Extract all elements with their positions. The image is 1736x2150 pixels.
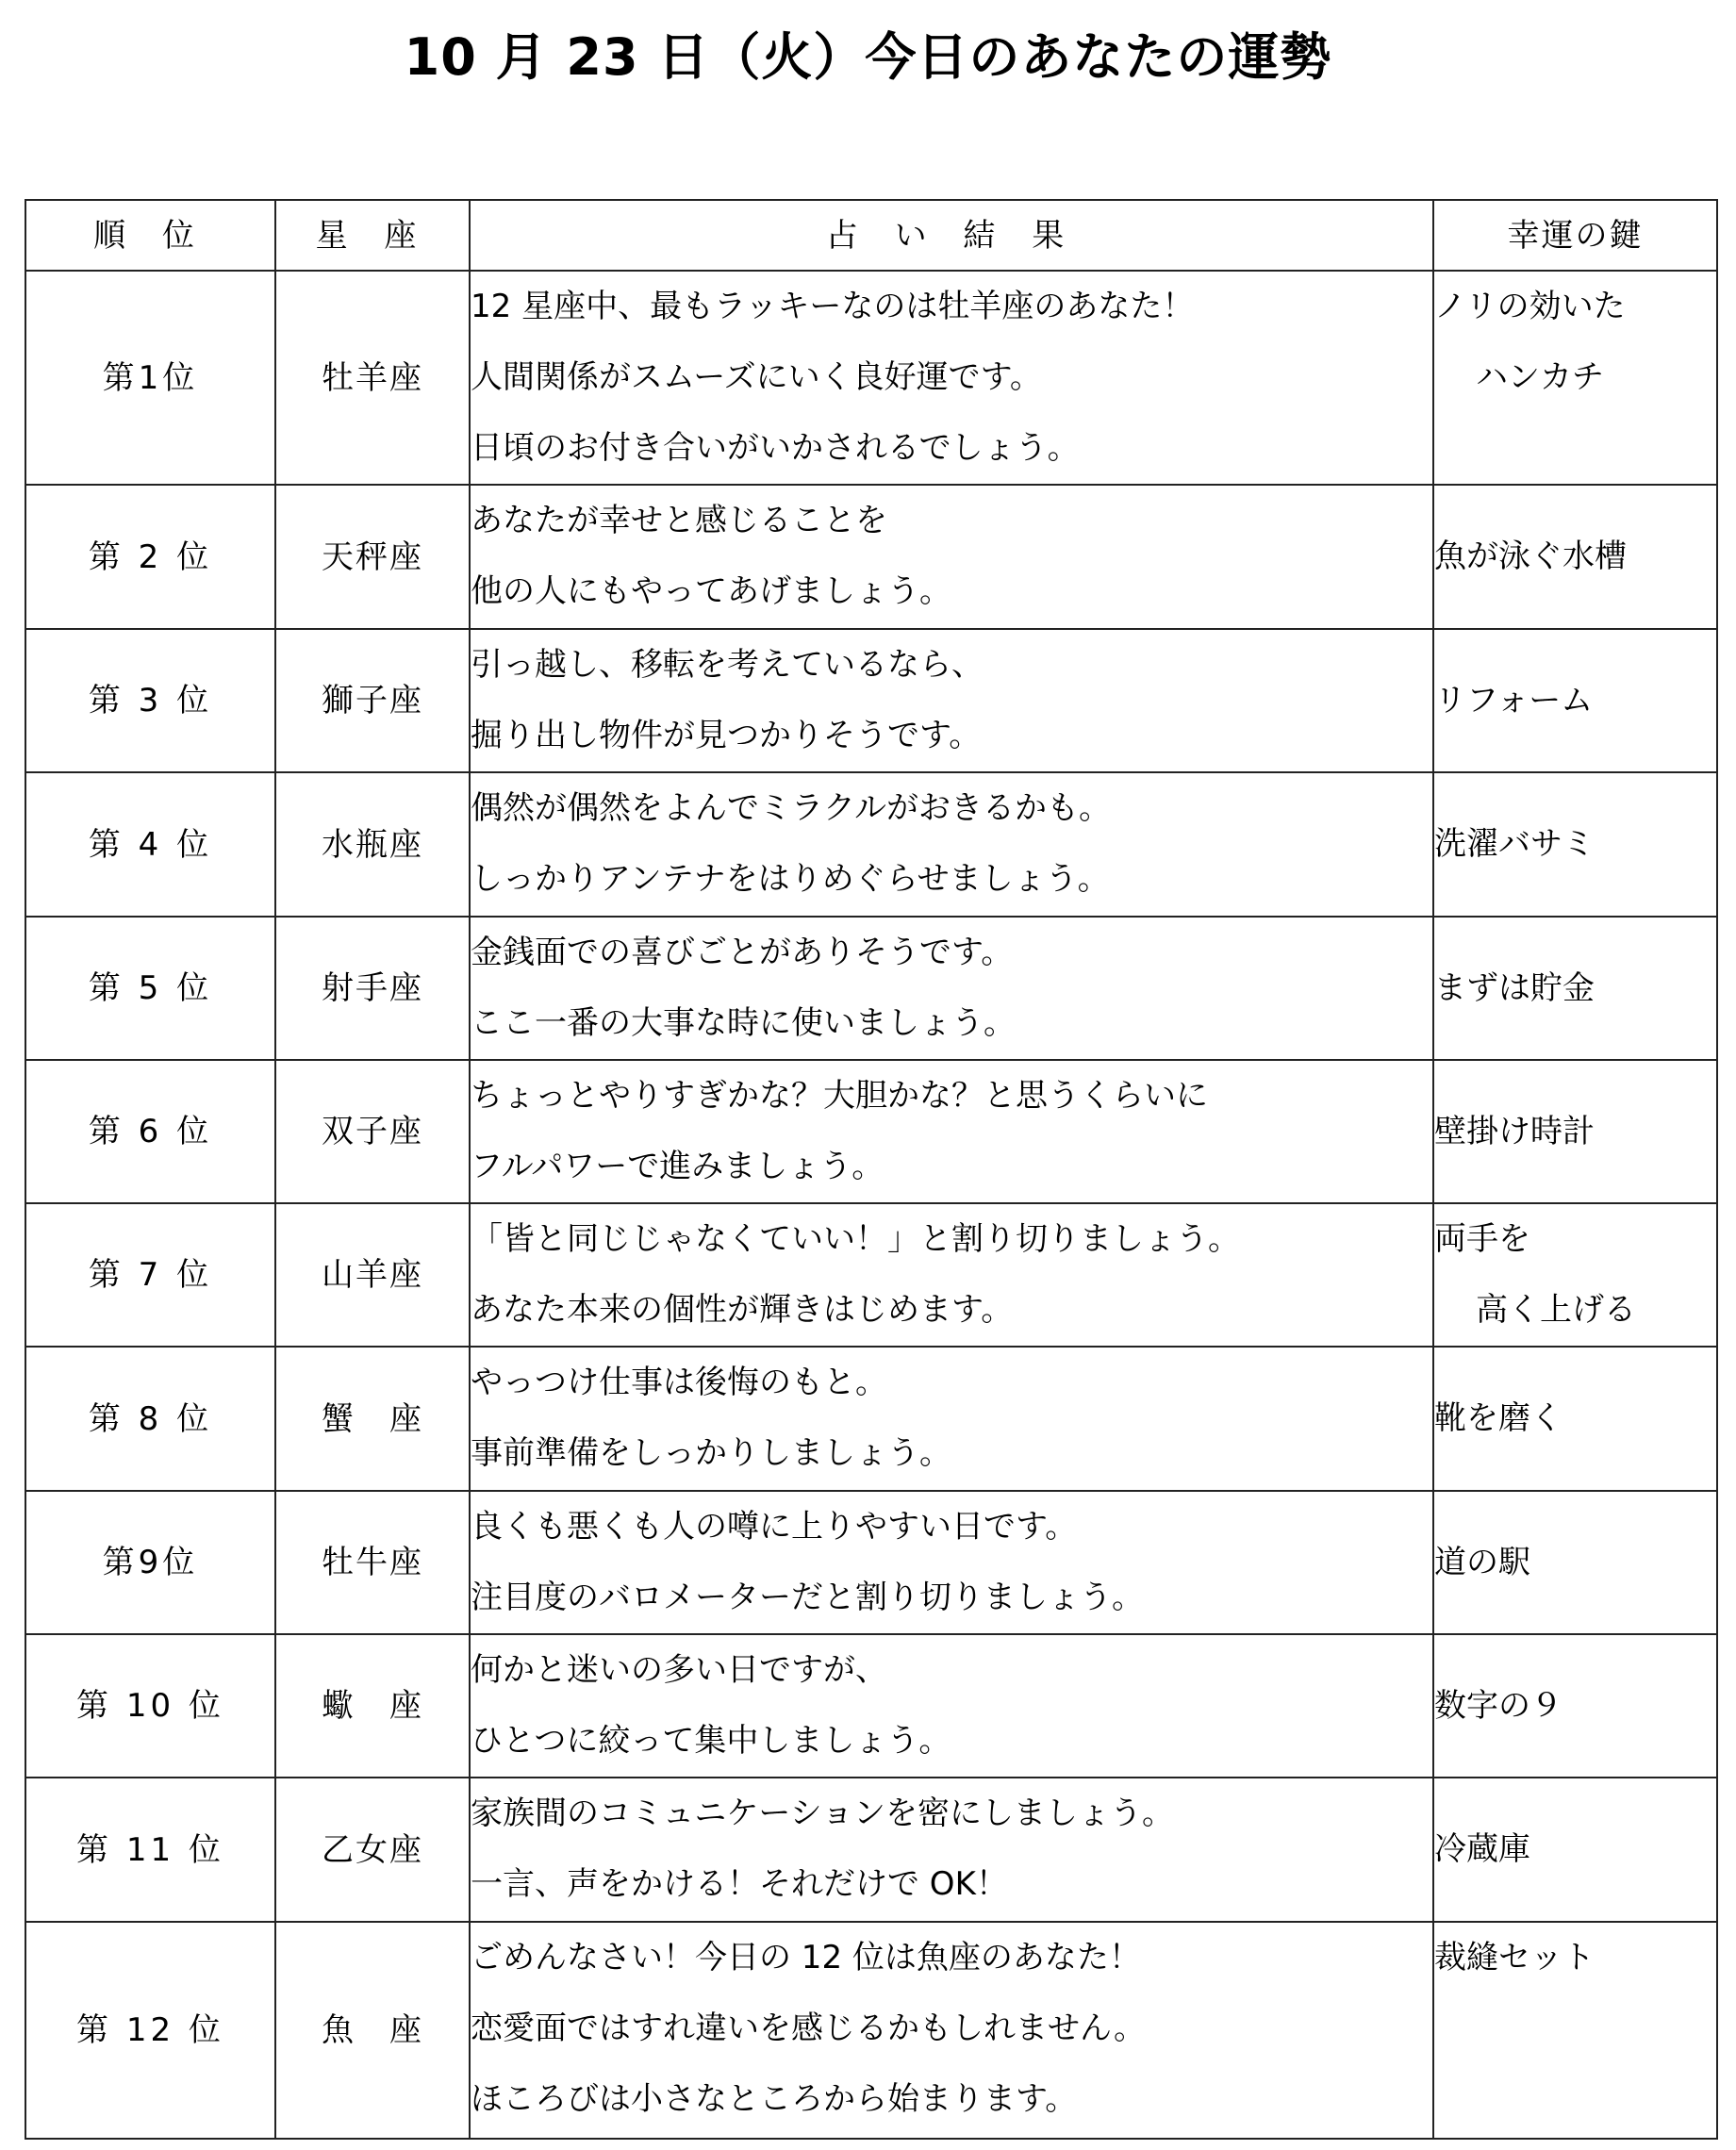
table-row: 第 6 位 双子座 ちょっとやりすぎかな？大胆かな？と思うくらいに フルパワーで… [25, 1060, 1717, 1203]
result-line: 日頃のお付き合いがいかされるでしょう。 [471, 413, 1432, 484]
rank-cell: 第 8 位 [25, 1347, 275, 1491]
result-line: ここ一番の大事な時に使いましょう。 [471, 988, 1432, 1059]
rank-cell: 第 2 位 [25, 485, 275, 629]
page-title: 10 月 23 日（火）今日のあなたの運勢 [0, 25, 1736, 91]
result-cell: 12 星座中、最もラッキーなのは牡羊座のあなた！ 人間関係がスムーズにいく良好運… [470, 271, 1433, 485]
result-line: ひとつに絞って集中しましょう。 [471, 1706, 1432, 1777]
rank-cell: 第 7 位 [25, 1203, 275, 1347]
header-row: 順 位 星 座 占 い 結 果 幸運の鍵 [25, 200, 1717, 271]
rank-cell: 第 3 位 [25, 629, 275, 772]
result-line: 人間関係がスムーズにいく良好運です。 [471, 342, 1432, 413]
result-line: 家族間のコミュニケーションを密にしましょう。 [471, 1778, 1432, 1849]
result-cell: あなたが幸せと感じることを 他の人にもやってあげましょう。 [470, 485, 1433, 629]
header-rank: 順 位 [25, 200, 275, 271]
sign-cell: 獅子座 [275, 629, 470, 772]
lucky-key-cell: まずは貯金 [1433, 917, 1717, 1060]
lucky-key-line: 冷蔵庫 [1434, 1814, 1716, 1885]
result-line: あなたが幸せと感じることを [471, 486, 1432, 556]
lucky-key-line: 両手を [1434, 1204, 1716, 1275]
sign-cell: 蟹 座 [275, 1347, 470, 1491]
result-line: 12 星座中、最もラッキーなのは牡羊座のあなた！ [471, 272, 1432, 342]
lucky-key-cell: 冷蔵庫 [1433, 1778, 1717, 1922]
result-line: 良くも悪くも人の噂に上りやすい日です。 [471, 1492, 1432, 1563]
result-line: やっつけ仕事は後悔のもと。 [471, 1348, 1432, 1418]
sign-cell: 水瓶座 [275, 772, 470, 917]
result-line: 事前準備をしっかりしましょう。 [471, 1418, 1432, 1489]
lucky-key-cell: 洗濯バサミ [1433, 772, 1717, 917]
header-sign: 星 座 [275, 200, 470, 271]
result-line: ほころびは小さなところから始まります。 [471, 2064, 1432, 2135]
sign-cell: 射手座 [275, 917, 470, 1060]
sign-cell: 牡牛座 [275, 1491, 470, 1634]
rank-cell: 第 6 位 [25, 1060, 275, 1203]
lucky-key-cell: 靴を磨く [1433, 1347, 1717, 1491]
lucky-key-line: ノリの効いた [1434, 272, 1716, 342]
lucky-key-line: ハンカチ [1434, 342, 1716, 413]
header-lucky-key: 幸運の鍵 [1433, 200, 1717, 271]
result-line: 偶然が偶然をよんでミラクルがおきるかも。 [471, 773, 1432, 844]
result-cell: 金銭面での喜びごとがありそうです。 ここ一番の大事な時に使いましょう。 [470, 917, 1433, 1060]
sign-cell: 乙女座 [275, 1778, 470, 1922]
rank-cell: 第 5 位 [25, 917, 275, 1060]
table-row: 第9位 牡牛座 良くも悪くも人の噂に上りやすい日です。 注目度のバロメーターだと… [25, 1491, 1717, 1634]
lucky-key-line: 靴を磨く [1434, 1383, 1716, 1454]
result-line: 金銭面での喜びごとがありそうです。 [471, 918, 1432, 988]
result-line: フルパワーで進みましょう。 [471, 1132, 1432, 1202]
sign-cell: 蠍 座 [275, 1634, 470, 1778]
rank-cell: 第9位 [25, 1491, 275, 1634]
table-row: 第 11 位 乙女座 家族間のコミュニケーションを密にしましょう。 一言、声をか… [25, 1778, 1717, 1922]
result-line: 恋愛面ではすれ違いを感じるかもしれません。 [471, 1993, 1432, 2064]
result-cell: 良くも悪くも人の噂に上りやすい日です。 注目度のバロメーターだと割り切りましょう… [470, 1491, 1433, 1634]
result-line: 「皆と同じじゃなくていい！」と割り切りましょう。 [471, 1204, 1432, 1275]
lucky-key-line: 道の駅 [1434, 1528, 1716, 1598]
table-row: 第 4 位 水瓶座 偶然が偶然をよんでミラクルがおきるかも。 しっかりアンテナを… [25, 772, 1717, 917]
lucky-key-cell: 道の駅 [1433, 1491, 1717, 1634]
lucky-key-cell: 壁掛け時計 [1433, 1060, 1717, 1203]
lucky-key-line: 壁掛け時計 [1434, 1097, 1716, 1167]
result-cell: ちょっとやりすぎかな？大胆かな？と思うくらいに フルパワーで進みましょう。 [470, 1060, 1433, 1203]
rank-cell: 第1位 [25, 271, 275, 485]
result-line: 一言、声をかける！それだけで OK！ [471, 1849, 1432, 1920]
table-row: 第 12 位 魚 座 ごめんなさい！今日の 12 位は魚座のあなた！ 恋愛面では… [25, 1922, 1717, 2139]
result-cell: 引っ越し、移転を考えているなら、 掘り出し物件が見つかりそうです。 [470, 629, 1433, 772]
result-line: 引っ越し、移転を考えているなら、 [471, 630, 1432, 701]
lucky-key-line: リフォーム [1434, 666, 1716, 736]
lucky-key-line: 裁縫セット [1434, 1923, 1716, 1993]
rank-cell: 第 11 位 [25, 1778, 275, 1922]
lucky-key-line: 高く上げる [1434, 1275, 1716, 1346]
result-cell: 偶然が偶然をよんでミラクルがおきるかも。 しっかりアンテナをはりめぐらせましょう… [470, 772, 1433, 917]
lucky-key-line: 洗濯バサミ [1434, 809, 1716, 880]
result-line: ごめんなさい！今日の 12 位は魚座のあなた！ [471, 1923, 1432, 1993]
lucky-key-cell: 両手を 高く上げる [1433, 1203, 1717, 1347]
lucky-key-line: 数字の９ [1434, 1671, 1716, 1742]
result-cell: 家族間のコミュニケーションを密にしましょう。 一言、声をかける！それだけで OK… [470, 1778, 1433, 1922]
rank-cell: 第 10 位 [25, 1634, 275, 1778]
result-cell: ごめんなさい！今日の 12 位は魚座のあなた！ 恋愛面ではすれ違いを感じるかもし… [470, 1922, 1433, 2139]
table-row: 第 5 位 射手座 金銭面での喜びごとがありそうです。 ここ一番の大事な時に使い… [25, 917, 1717, 1060]
table-row: 第 3 位 獅子座 引っ越し、移転を考えているなら、 掘り出し物件が見つかりそう… [25, 629, 1717, 772]
lucky-key-cell: 裁縫セット [1433, 1922, 1717, 2139]
result-line: 注目度のバロメーターだと割り切りましょう。 [471, 1563, 1432, 1633]
result-line: しっかりアンテナをはりめぐらせましょう。 [471, 844, 1432, 915]
result-cell: 「皆と同じじゃなくていい！」と割り切りましょう。 あなた本来の個性が輝きはじめま… [470, 1203, 1433, 1347]
result-line: 何かと迷いの多い日ですが、 [471, 1635, 1432, 1706]
lucky-key-cell: ノリの効いた ハンカチ [1433, 271, 1717, 485]
rank-cell: 第 12 位 [25, 1922, 275, 2139]
result-line: あなた本来の個性が輝きはじめます。 [471, 1275, 1432, 1346]
lucky-key-cell: 数字の９ [1433, 1634, 1717, 1778]
sign-cell: 双子座 [275, 1060, 470, 1203]
table-row: 第 2 位 天秤座 あなたが幸せと感じることを 他の人にもやってあげましょう。 … [25, 485, 1717, 629]
sign-cell: 牡羊座 [275, 271, 470, 485]
header-result: 占 い 結 果 [470, 200, 1433, 271]
lucky-key-cell: リフォーム [1433, 629, 1717, 772]
lucky-key-cell: 魚が泳ぐ水槽 [1433, 485, 1717, 629]
table-row: 第 8 位 蟹 座 やっつけ仕事は後悔のもと。 事前準備をしっかりしましょう。 … [25, 1347, 1717, 1491]
rank-cell: 第 4 位 [25, 772, 275, 917]
sign-cell: 天秤座 [275, 485, 470, 629]
sign-cell: 魚 座 [275, 1922, 470, 2139]
sign-cell: 山羊座 [275, 1203, 470, 1347]
result-line: ちょっとやりすぎかな？大胆かな？と思うくらいに [471, 1061, 1432, 1132]
table-row: 第1位 牡羊座 12 星座中、最もラッキーなのは牡羊座のあなた！ 人間関係がスム… [25, 271, 1717, 485]
result-line: 掘り出し物件が見つかりそうです。 [471, 701, 1432, 771]
lucky-key-line: まずは貯金 [1434, 953, 1716, 1024]
result-cell: やっつけ仕事は後悔のもと。 事前準備をしっかりしましょう。 [470, 1347, 1433, 1491]
result-cell: 何かと迷いの多い日ですが、 ひとつに絞って集中しましょう。 [470, 1634, 1433, 1778]
table-row: 第 10 位 蠍 座 何かと迷いの多い日ですが、 ひとつに絞って集中しましょう。… [25, 1634, 1717, 1778]
result-line: 他の人にもやってあげましょう。 [471, 556, 1432, 627]
lucky-key-line: 魚が泳ぐ水槽 [1434, 521, 1716, 592]
fortune-table: 順 位 星 座 占 い 結 果 幸運の鍵 第1位 牡羊座 12 星座中、最もラッ… [25, 199, 1718, 2140]
table-row: 第 7 位 山羊座 「皆と同じじゃなくていい！」と割り切りましょう。 あなた本来… [25, 1203, 1717, 1347]
